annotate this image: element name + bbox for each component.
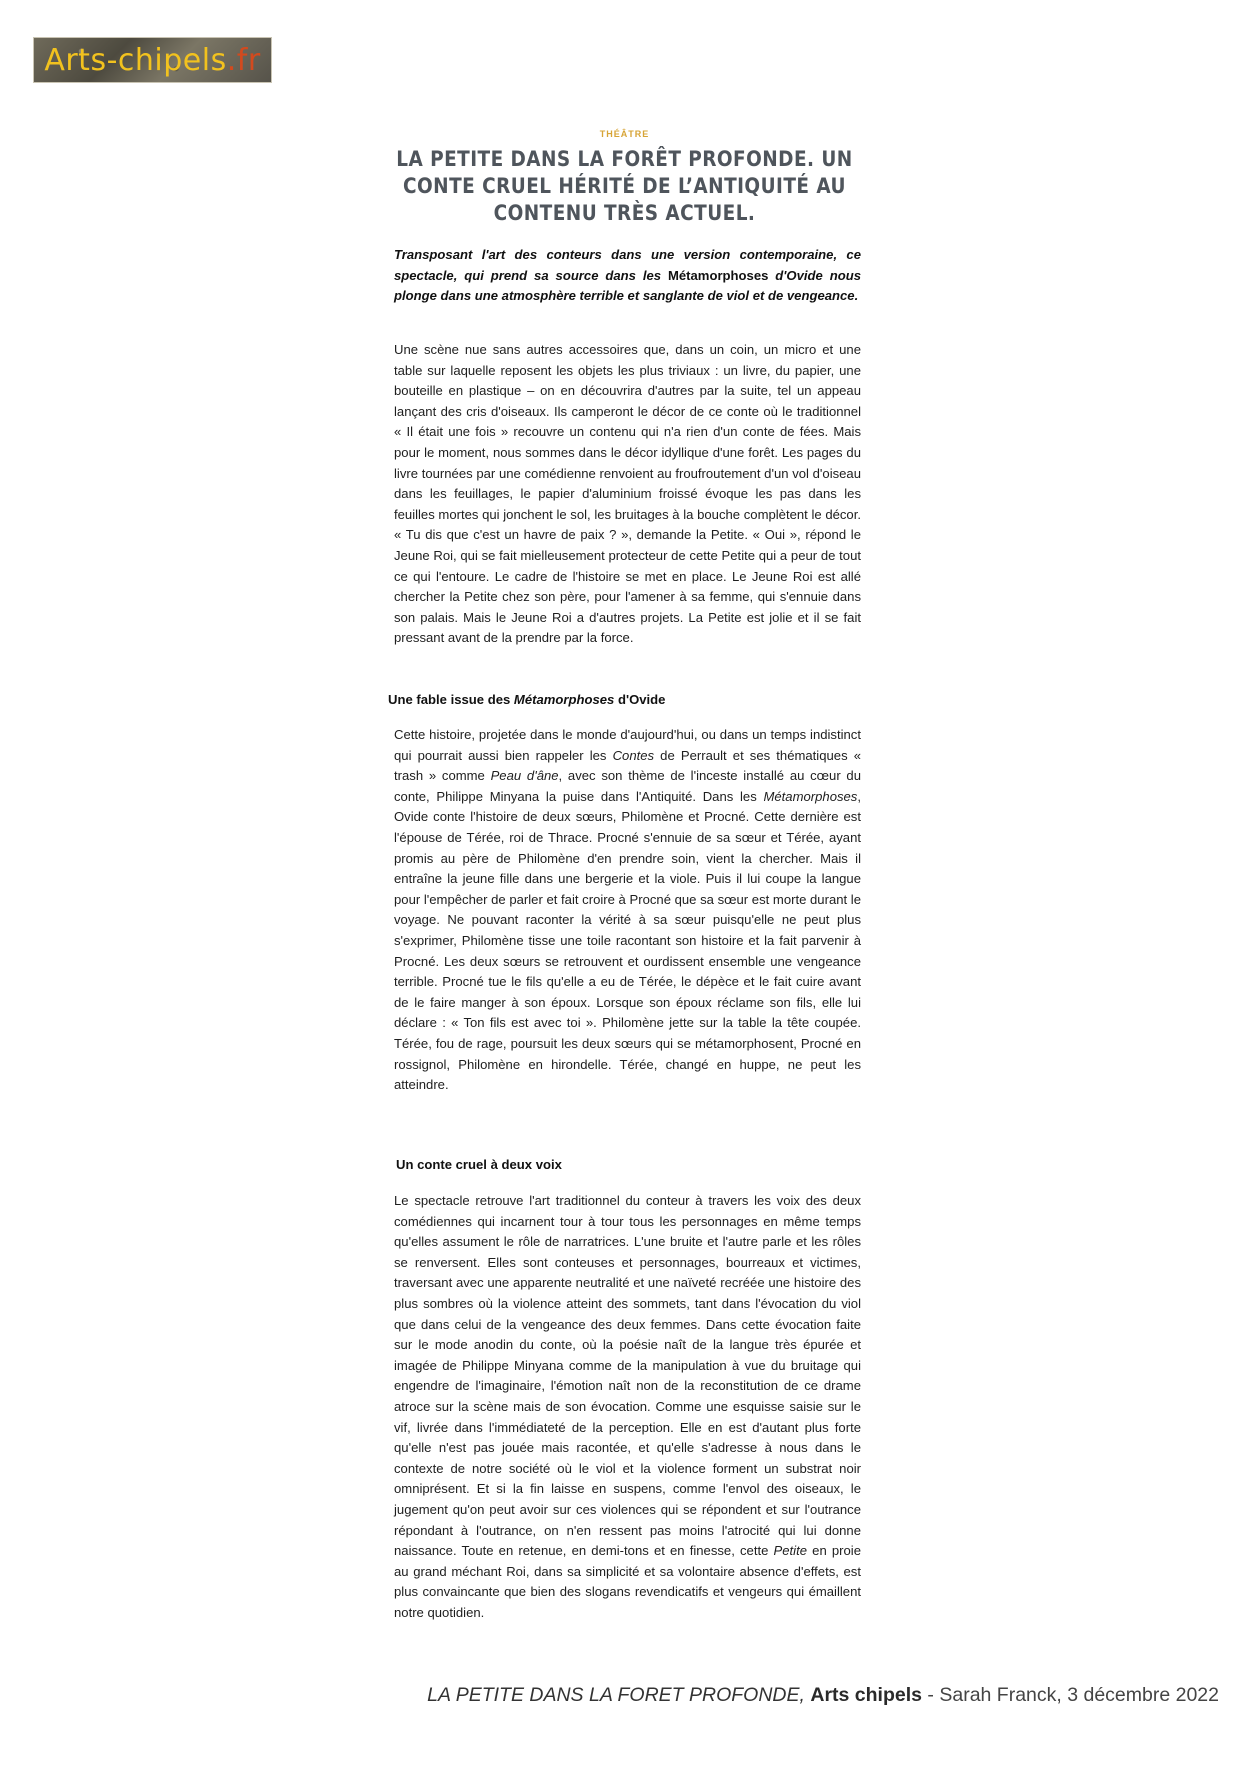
subheading-conte-cruel: Un conte cruel à deux voix xyxy=(396,1157,562,1172)
footer-title: LA PETITE DANS LA FORET PROFONDE, xyxy=(427,1684,805,1706)
logo-text: Arts-chipels.fr xyxy=(44,43,260,78)
paragraph-3: Le spectacle retrouve l'art traditionnel… xyxy=(394,1191,861,1623)
paragraph-1: Une scène nue sans autres accessoires qu… xyxy=(394,340,861,649)
article-headline: LA PETITE DANS LA FORÊT PROFONDE. UN CON… xyxy=(390,146,859,227)
site-logo[interactable]: Arts-chipels.fr xyxy=(33,37,272,83)
article-lead: Transposant l'art des conteurs dans une … xyxy=(394,245,861,307)
footer-publication: Arts chipels xyxy=(810,1684,922,1706)
footer-author-date: Sarah Franck, 3 décembre 2022 xyxy=(939,1684,1219,1706)
subheading-fable: Une fable issue des Métamorphoses d'Ovid… xyxy=(388,692,665,707)
citation-footer: LA PETITE DANS LA FORET PROFONDE, Arts c… xyxy=(427,1684,1219,1707)
paragraph-2: Cette histoire, projetée dans le monde d… xyxy=(394,725,861,1096)
section-kicker: THÉÂTRE xyxy=(388,129,861,139)
